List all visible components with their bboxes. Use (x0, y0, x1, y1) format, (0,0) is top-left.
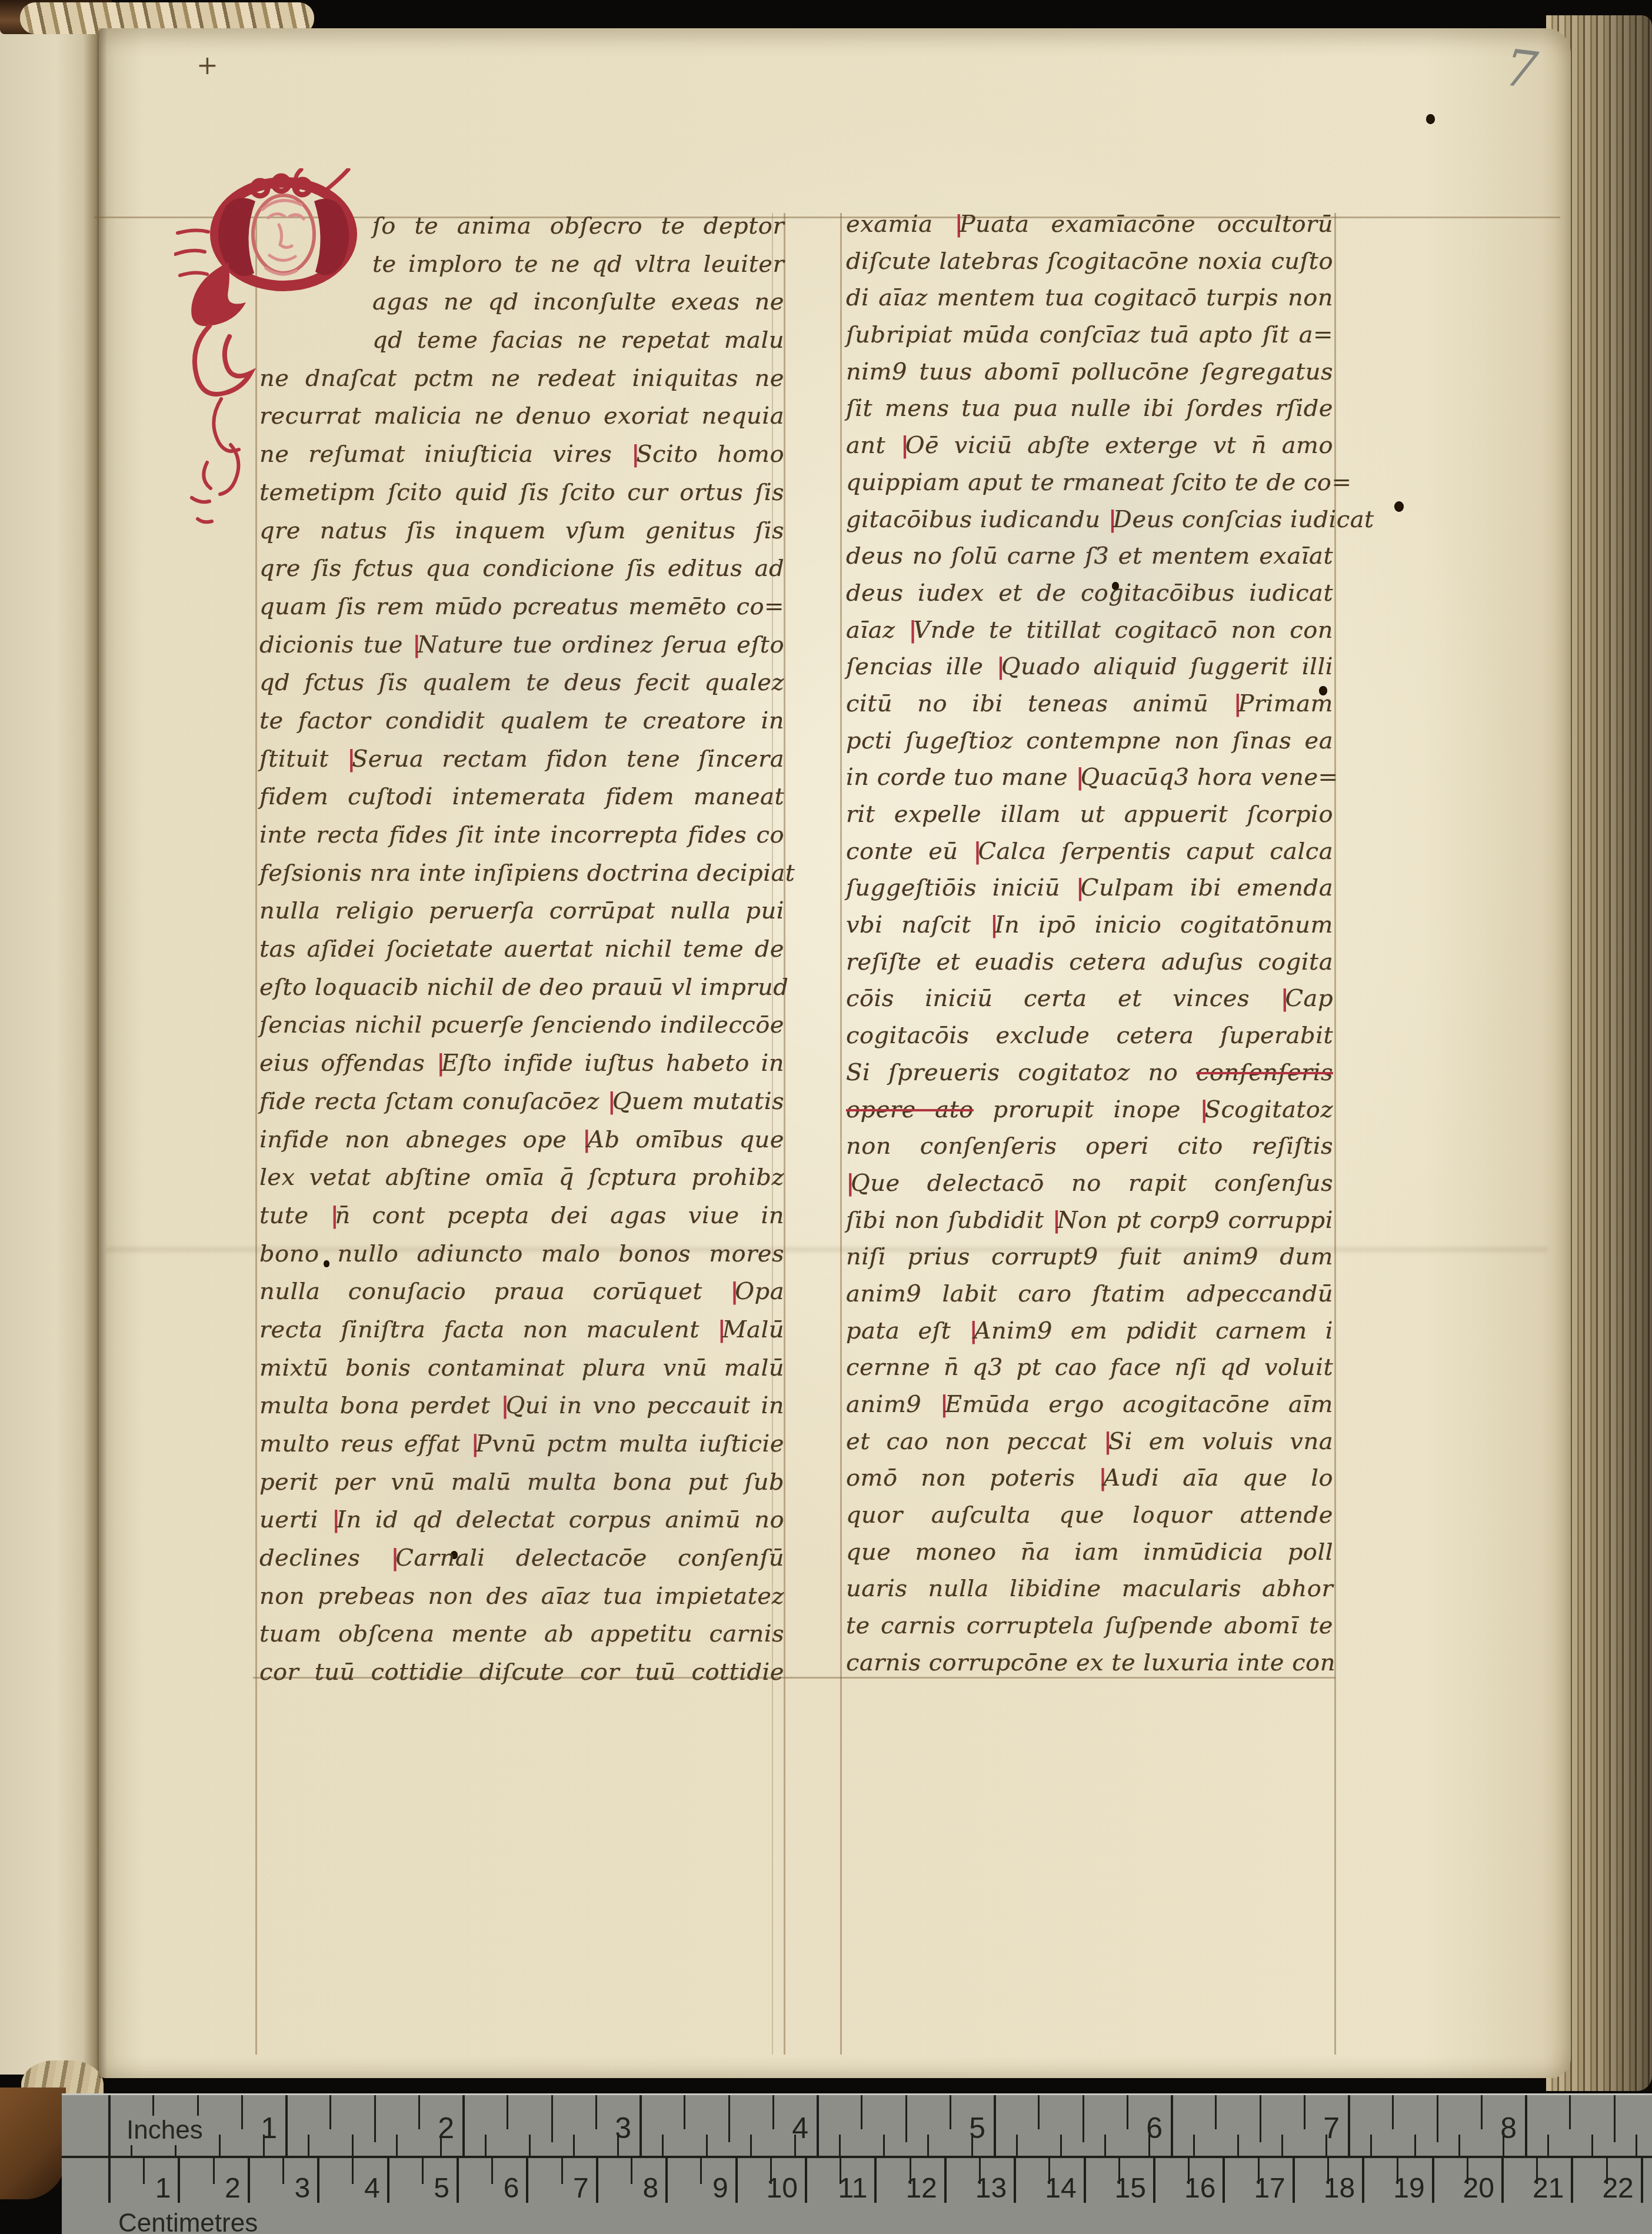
manuscript-line: cor tuū cottidie diſcute cor tuū cottidi… (259, 1653, 784, 1692)
manuscript-line: anim9 labit caro ſtatim adpeccandū (846, 1276, 1333, 1313)
manuscript-line: multa bona perdet |Qui in vno peccauit i… (259, 1387, 784, 1425)
ruler-tick (485, 2135, 487, 2156)
ruler-cm-number: 11 (838, 2172, 868, 2205)
ruler-tick (1432, 2156, 1434, 2203)
manuscript-line: ſencias nichil pcuerſe ſenciendo indilec… (259, 1006, 784, 1044)
ruler-tick (817, 2095, 819, 2156)
ruler-tick (684, 2095, 685, 2129)
manuscript-line: qre ſis fctus qua condicione ſis editus … (259, 550, 784, 588)
ruler-divider-line (62, 2156, 1652, 2158)
manuscript-line: quor auſculta que loquor attende (846, 1497, 1333, 1534)
ruler-tick (1348, 2095, 1350, 2156)
ruler-tick (396, 2135, 398, 2156)
manuscript-line: te imploro te ne qd vltra leuiter (259, 245, 784, 284)
manuscript-line: opere ato prorupit inope |Scogitatoz (846, 1091, 1333, 1128)
manuscript-line: gitacōibus iudicandu |Deus conſcias iudi… (846, 501, 1333, 538)
ruler-tick (1014, 2156, 1016, 2203)
ruler-cm-number: 10 (767, 2172, 798, 2205)
ruler-tick (1392, 2095, 1394, 2129)
manuscript-line: vbi naſcit |In ipō inicio cogitatōnum (846, 907, 1333, 944)
ruler-tick (526, 2156, 528, 2203)
manuscript-line: ſibi non ſubdidit |Non pt corp9 corruppi (846, 1202, 1333, 1239)
ruler-inch-number: 7 (1323, 2111, 1340, 2145)
ruler-tick (1293, 2156, 1295, 2203)
manuscript-line: que moneo n̄a iam inmūdicia poll (846, 1534, 1333, 1571)
manuscript-line: dicionis tue |Nature tue ordinez ſerua e… (259, 626, 784, 664)
ruler-cm-number: 1 (155, 2172, 171, 2205)
ruler-tick (631, 2156, 632, 2184)
ruler-tick (213, 2156, 215, 2184)
ruler-tick (1591, 2135, 1593, 2156)
manuscript-line: qd fctus ſis qualem te deus fecit qualez (259, 664, 784, 702)
ruler-tick (1362, 2156, 1364, 2203)
ruler-tick (1127, 2095, 1128, 2129)
ruler-tick (1370, 2135, 1372, 2156)
ruler-tick (927, 2135, 929, 2156)
ruler-tick (457, 2156, 459, 2203)
ruling-col2-left (840, 213, 842, 2055)
ruler-tick (387, 2156, 389, 2203)
manuscript-line: ſencias ille |Quado aliquid ſuggerit ill… (846, 648, 1333, 685)
wormhole (1426, 114, 1435, 124)
manuscript-line: deus iudex et de cogitacōibus iudicat (846, 575, 1333, 612)
ruler-tick (551, 2095, 553, 2142)
ruler-inch-number: 5 (969, 2111, 985, 2145)
ruler-tick (491, 2156, 493, 2184)
ruler-tick (905, 2095, 907, 2142)
manuscript-line: non prebeas non des aīaz tua impietatez (259, 1577, 784, 1616)
ruler-tick (1171, 2095, 1173, 2156)
ruler-tick (839, 2135, 841, 2156)
manuscript-line: ſo te anima obſecro te deptor (259, 207, 784, 245)
ruler-tick (640, 2095, 642, 2156)
manuscript-line: declines |Carnali delectacōe conſenſū (259, 1539, 784, 1577)
manuscript-line: uerti |In id qd delectat corpus animū no (259, 1501, 784, 1539)
ruler-tick (1260, 2095, 1261, 2142)
ruler-tick (994, 2095, 996, 2156)
ruler-tick (805, 2156, 807, 2203)
ruler-tick (1569, 2095, 1571, 2129)
measuring-ruler: 12345678 1234567891011121314151617181920… (62, 2093, 1652, 2234)
ruler-tick (1304, 2095, 1305, 2129)
ruler-cm-number: 21 (1533, 2172, 1564, 2205)
ruler-inches-label: Inches (118, 2116, 211, 2145)
ruler-tick (665, 2156, 668, 2203)
ruler-top-edge (62, 2093, 1652, 2095)
ruler-tick (596, 2156, 598, 2203)
manuscript-line: quippiam aput te rmaneat ſcito te de co= (846, 464, 1333, 501)
manuscript-line: non conſenſeris operi cito reſiſtis (846, 1128, 1333, 1165)
ruler-tick (418, 2095, 420, 2129)
ruler-cm-number: 13 (975, 2172, 1007, 2205)
manuscript-line: tas aſidei ſocietate auertat nichil teme… (259, 930, 784, 968)
manuscript-line: deus no ſolū carne ſ3 et mentem exaīat (846, 538, 1333, 575)
ruler-tick (728, 2095, 730, 2142)
manuscript-line: conte eū |Calca ſerpentis caput calca (846, 833, 1333, 870)
ruler-tick (1501, 2156, 1504, 2203)
ruler-tick (1281, 2135, 1283, 2156)
ruler-tick (282, 2156, 284, 2184)
ruler-cm-number: 7 (573, 2172, 589, 2205)
ruler-inch-number: 4 (792, 2111, 808, 2145)
ruler-cm-number: 8 (642, 2172, 658, 2205)
ruler-cm-number: 17 (1254, 2172, 1285, 2205)
ruler-tick (529, 2135, 531, 2156)
ruler-inch-number: 1 (261, 2111, 277, 2145)
ruler-tick (108, 2095, 111, 2156)
ruler-tick (1104, 2135, 1106, 2156)
ruler-tick (883, 2135, 885, 2156)
manuscript-line: nulla religio peruerſa corrūpat nulla pu… (259, 892, 784, 930)
manuscript-line: lex vetat abſtine omīa q̄ ſcptura prohib… (259, 1158, 784, 1197)
manuscript-line: pcti ſugeſtioz contempne non ſinas ea (846, 723, 1333, 760)
manuscript-line: omō non poteris |Audi aīa que lo (846, 1460, 1333, 1497)
ruler-cm-number: 18 (1324, 2172, 1355, 2205)
ruler-tick (772, 2095, 774, 2129)
spine-leather-bottom (0, 2087, 66, 2199)
ruler-inch-number: 6 (1146, 2111, 1163, 2145)
manuscript-line: ne reſumat iniuſticia vires |Scito homo (259, 435, 784, 474)
ruler-tick (1060, 2135, 1062, 2156)
ruler-tick (706, 2135, 708, 2156)
manuscript-line: rit expelle illam ut appuerit ſcorpio (846, 796, 1333, 833)
ruler-cm-number: 9 (712, 2172, 728, 2205)
manuscript-line: multo reus effat |Pvnū pctm multa iuſtic… (259, 1425, 784, 1463)
ruler-tick (735, 2156, 738, 2203)
manuscript-line: carnis corrupcōne ex te luxuria inte con (846, 1644, 1333, 1682)
manuscript-line: recta ſiniſtra facta non maculent |Malū (259, 1311, 784, 1349)
manuscript-line: ſtituit |Serua rectam fidon tene ſincera (259, 740, 784, 778)
manuscript-line: reſiſte et euadis cetera aduſus cogita (846, 944, 1333, 981)
manuscript-line: bono nullo adiuncto malo bonos mores (259, 1235, 784, 1273)
manuscript-line: anim9 |Emūda ergo acogitacōne aīm (846, 1386, 1333, 1423)
ruler-tick (1084, 2156, 1086, 2203)
manuscript-line: aīaz |Vnde te titillat cogitacō non con (846, 612, 1333, 649)
ruler-cm-number: 5 (434, 2172, 449, 2205)
manuscript-line: agas ne qd inconſulte exeas ne (259, 283, 784, 321)
ruler-cm-number: 12 (905, 2172, 937, 2205)
ruler-centimetres-label: Centimetres (118, 2209, 258, 2234)
ruler-tick (374, 2095, 376, 2142)
ruler-tick (241, 2095, 243, 2129)
manuscript-line: fidem cuſtodi intemerata fidem maneat (259, 778, 784, 816)
ruler-tick (1437, 2095, 1438, 2142)
ruler-tick (143, 2156, 145, 2184)
ruler-tick (178, 2156, 180, 2203)
ruler-cm-number: 2 (225, 2172, 241, 2205)
manuscript-line: in corde tuo mane |Quacūq3 hora vene= (846, 759, 1333, 796)
ruler-tick (1193, 2135, 1195, 2156)
text-column-1: ſo te anima obſecro te deptorte imploro … (259, 207, 784, 1692)
ruler-tick (861, 2095, 862, 2129)
ruler-tick (329, 2095, 331, 2129)
ruler-tick (248, 2156, 250, 2203)
manuscript-line: citū no ibi teneas animū |Primam (846, 685, 1333, 723)
manuscript-line: temetipm ſcito quid ſis ſcito cur ortus … (259, 474, 784, 512)
ruler-cm-number: 14 (1045, 2172, 1076, 2205)
cross-pen-mark: + (196, 51, 218, 81)
ruler-tick (507, 2095, 508, 2129)
ruler-cm-number: 3 (294, 2172, 310, 2205)
ruler-cm-number: 16 (1184, 2172, 1215, 2205)
ruler-tick (1481, 2095, 1483, 2129)
text-column-2: examia |Puata examīacōne occultorūdiſcut… (846, 206, 1333, 1682)
manuscript-line: ſit mens tua pua nulle ibi ſordes rſide (846, 390, 1333, 427)
ruler-tick (308, 2135, 309, 2156)
ruler-tick (422, 2156, 424, 2184)
ruler-tick (1641, 2156, 1643, 2203)
ruler-tick (1571, 2156, 1573, 2203)
manuscript-line: quam ſis rem mūdo pcreatus memēto co= (259, 588, 784, 626)
manuscript-line: di aīaz mentem tua cogitacō turpis non (846, 279, 1333, 317)
ruler-tick (462, 2095, 465, 2156)
manuscript-line: cogitacōis exclude cetera ſuperabit (846, 1017, 1333, 1054)
manuscript-line: Si ſpreueris cogitatoz no conſenſeris (846, 1054, 1333, 1091)
manuscript-line: examia |Puata examīacōne occultorū (846, 206, 1333, 243)
ruler-tick (595, 2095, 597, 2129)
ruler-tick (573, 2135, 575, 2156)
manuscript-line: nim9 tuus abomī pollucōne ſegregatus (846, 354, 1333, 391)
ruler-tick (874, 2156, 877, 2203)
manuscript-line: ſuggeſtiōis iniciū |Culpam ibi emenda (846, 870, 1333, 907)
manuscript-line: mixtū bonis contaminat plura vnū malū (259, 1349, 784, 1387)
ruler-tick (944, 2156, 947, 2203)
manuscript-line: qd teme facias ne repetat malu (259, 321, 784, 359)
manuscript-line: perit per vnū malū multa bona put ſub (259, 1463, 784, 1501)
manuscript-line: eius offendas |Eſto infide iuſtus habeto… (259, 1044, 784, 1083)
ruler-inch-number: 2 (438, 2111, 454, 2145)
ruler-cm-number: 6 (504, 2172, 519, 2205)
facing-page-edge (0, 27, 101, 2075)
ruler-tick (1414, 2135, 1416, 2156)
ruler-cm-number: 20 (1463, 2172, 1494, 2205)
manuscript-line: cernne n̄ q3 pt cao face nſi qd voluit (846, 1349, 1333, 1386)
manuscript-line: tuam obſcena mente ab appetitu carnis (259, 1615, 784, 1653)
ruler-tick (1547, 2135, 1549, 2156)
ruler-cm-number: 15 (1115, 2172, 1146, 2205)
ruler-tick (352, 2135, 354, 2156)
ruler-tick (352, 2156, 354, 2184)
manuscript-line: feſsionis nra inte inſipiens doctrina de… (259, 854, 784, 893)
ruler-tick (662, 2135, 664, 2156)
ruler-cm-number: 22 (1602, 2172, 1633, 2205)
ruler-tick (1038, 2095, 1040, 2129)
manuscript-line: te carnis corruptela ſuſpende abomī te (846, 1607, 1333, 1644)
manuscript-line: diſcute latebras ſcogitacōne noxia cuſto (846, 243, 1333, 280)
ruler-tick (317, 2156, 319, 2203)
folio-number-pencil: 7 (1501, 38, 1540, 101)
ruler-tick (1016, 2135, 1018, 2156)
ruler-tick (219, 2135, 221, 2156)
ruler-tick (1458, 2135, 1460, 2156)
ruler-cm-number: 4 (364, 2172, 380, 2205)
ruler-tick (1636, 2135, 1637, 2156)
wormhole (1394, 501, 1404, 512)
manuscript-line: ant |Oē viciū abſte exterge vt n̄ amo (846, 427, 1333, 464)
manuscript-line: tute |n̄ cont pcepta dei agas viue in (259, 1197, 784, 1235)
ruler-inch-number: 3 (615, 2111, 631, 2145)
ruler-tick (1083, 2095, 1084, 2142)
manuscript-line: ſubripiat mūda conſcīaz tuā apto ſit a= (846, 317, 1333, 354)
manuscript-line: cōis iniciū certa et vinces |Cap (846, 980, 1333, 1017)
manuscript-line: fide recta ſctam conuſacōez |Quem mutati… (259, 1083, 784, 1121)
manuscript-line: nulla conuſacio praua corūquet |Opa (259, 1273, 784, 1311)
manuscript-line: infide non abneges ope |Ab omībus que (259, 1121, 784, 1159)
ruler-tick (950, 2095, 951, 2129)
manuscript-line: ne dnaſcat pctm ne redeat iniquitas ne (259, 359, 784, 398)
ruler-tick (1153, 2156, 1155, 2203)
manuscript-line: inte recta fides ſit inte incorrepta fid… (259, 816, 784, 854)
ruler-tick (700, 2156, 702, 2184)
manuscript-line: et cao non peccat |Si em voluis vna (846, 1423, 1333, 1460)
ruler-tick (1215, 2095, 1217, 2129)
ruler-tick (108, 2156, 111, 2203)
ruler-tick (1223, 2156, 1225, 2203)
ruler-tick (1614, 2095, 1616, 2142)
manuscript-line: |Que delectacō no rapit conſenſus (846, 1165, 1333, 1202)
manuscript-line: qre natus ſis inquem vſum genitus ſis (259, 512, 784, 550)
manuscript-line: eſto loquacib nichil de deo prauū vl imp… (259, 968, 784, 1007)
ruler-cm-number: 19 (1393, 2172, 1424, 2205)
manuscript-line: uaris nulla libidine macularis abhor (846, 1570, 1333, 1607)
manuscript-line: pata eſt |Anim9 em pdidit carnem i (846, 1313, 1333, 1350)
ruler-tick (750, 2135, 752, 2156)
ruler-tick (561, 2156, 563, 2184)
ruler-tick (285, 2095, 288, 2156)
manuscript-line: te factor condidit qualem te creatore in (259, 702, 784, 740)
ruler-tick (1525, 2095, 1527, 2156)
ruler-tick (1237, 2135, 1239, 2156)
manuscript-line: niſi prius corrupt9 fuit anim9 dum (846, 1238, 1333, 1276)
ruler-inch-number: 8 (1500, 2111, 1517, 2145)
manuscript-line: recurrat malicia ne denuo exoriat nequia (259, 397, 784, 435)
